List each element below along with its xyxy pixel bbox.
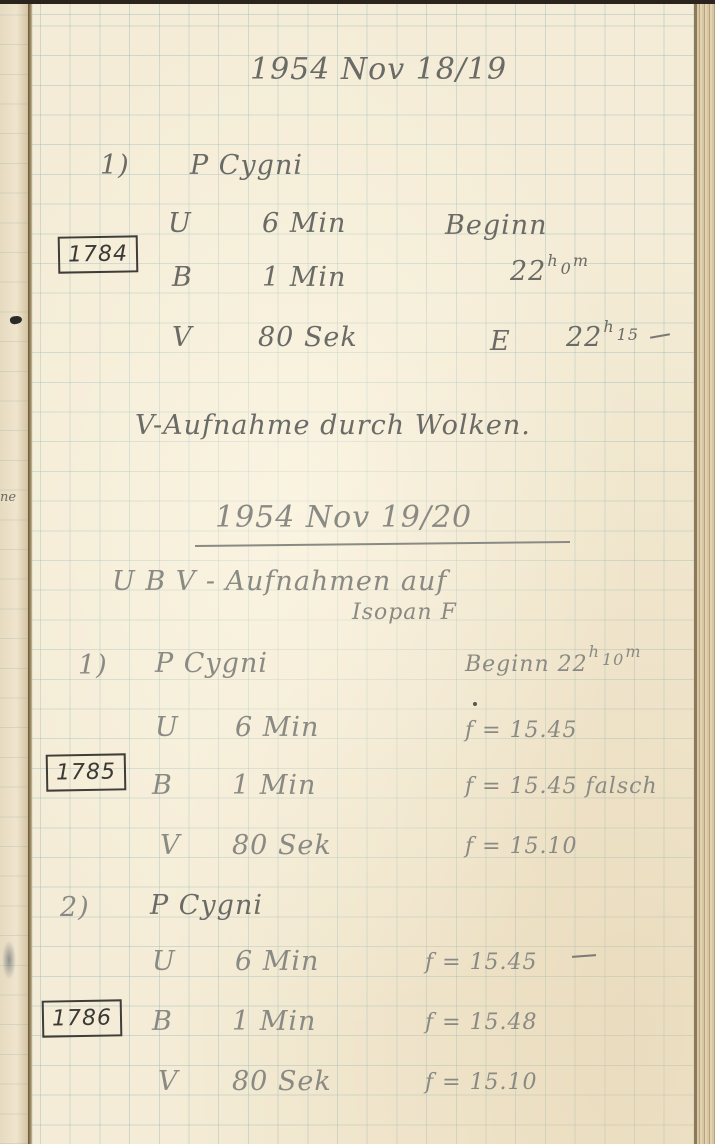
focus-number: f = 15.45 [465, 774, 578, 799]
entry-index: 1) [78, 650, 108, 681]
plate-number-box: 1785 [46, 753, 127, 791]
plate-number-box: 1784 [58, 235, 139, 273]
focus-value: f = 15.45 [465, 718, 578, 743]
end-label: E [490, 326, 511, 357]
exposure-duration: 1 Min [232, 770, 316, 801]
exposure-duration: 6 Min [262, 208, 346, 239]
page-stack-edge [697, 0, 715, 1144]
begin-label: Beginn [465, 652, 550, 677]
hours-unit: h [547, 251, 558, 270]
focus-value: f = 15.45 [425, 950, 538, 975]
exposure-duration: 1 Min [232, 1006, 316, 1037]
filter-label: B [172, 262, 193, 293]
star-name: P Cygni [190, 150, 303, 181]
begin-time: 22h0m [510, 256, 589, 287]
section2-date: 1954 Nov 19/20 [215, 500, 472, 535]
begin-time: Beginn 22h10m [465, 652, 642, 677]
exposure-duration: 80 Sek [258, 322, 358, 353]
film-type: Isopan F [352, 600, 457, 625]
begin-hours: 22 [510, 256, 546, 287]
end-hours: 22 [566, 322, 602, 353]
top-edge-shadow [0, 0, 715, 4]
entry-index: 1) [100, 150, 130, 181]
hours-unit: h [603, 317, 614, 336]
filter-label: U [155, 712, 179, 743]
minutes-unit: m [573, 251, 589, 270]
focus-value: f = 15.10 [425, 1070, 538, 1095]
filter-label: U [152, 946, 176, 977]
begin-minutes: 0 [561, 259, 572, 278]
star-name: P Cygni [155, 648, 268, 679]
focus-value: f = 15.45 falsch [465, 774, 658, 799]
minutes-unit: m [625, 642, 641, 661]
end-time: 22h15 [566, 322, 639, 353]
section1-date: 1954 Nov 18/19 [250, 52, 507, 87]
plate-number-box: 1786 [42, 999, 123, 1037]
section1-remark: V-Aufnahme durch Wolken. [135, 410, 531, 441]
filter-label: V [160, 830, 181, 861]
exposure-duration: 1 Min [262, 262, 346, 293]
filter-label: B [152, 1006, 173, 1037]
end-minutes: 15 [617, 325, 639, 344]
previous-page-scribble: ne [0, 490, 16, 505]
focus-value: f = 15.48 [425, 1010, 538, 1035]
exposure-duration: 6 Min [235, 712, 319, 743]
previous-page-edge: ne [0, 0, 30, 1144]
filter-label: V [158, 1066, 179, 1097]
entry-index: 2) [60, 892, 90, 923]
exposure-duration: 80 Sek [232, 1066, 332, 1097]
hours-unit: h [589, 642, 600, 661]
filter-label: V [172, 322, 193, 353]
pencil-dot [473, 702, 477, 706]
begin-minutes: 10 [602, 650, 624, 669]
begin-label: Beginn [445, 210, 548, 241]
section2-heading: U B V - Aufnahmen auf [112, 566, 447, 597]
exposure-duration: 80 Sek [232, 830, 332, 861]
exposure-duration: 6 Min [235, 946, 319, 977]
filter-label: U [168, 208, 192, 239]
focus-note-wrong: falsch [586, 774, 658, 799]
filter-label: B [152, 770, 173, 801]
begin-hours: 22 [558, 652, 588, 677]
stain [2, 940, 16, 980]
star-name: P Cygni [150, 890, 263, 921]
focus-value: f = 15.10 [465, 834, 578, 859]
